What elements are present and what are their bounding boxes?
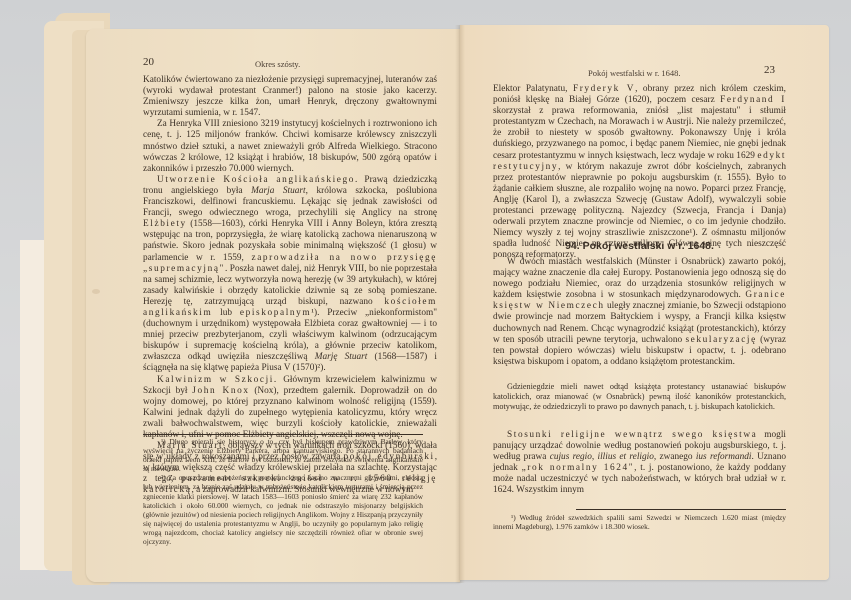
text-run: cujus regio, illius et religio, [550, 452, 657, 462]
book-gutter [455, 25, 465, 583]
paragraph: Elektor Palatynatu, Fryderyk V, obrany p… [493, 84, 786, 262]
section-heading: 94. Pokój westfalski w r. 1648. [493, 240, 786, 252]
right-body-text-top: Elektor Palatynatu, Fryderyk V, obrany p… [493, 84, 786, 262]
paragraph: Utworzenie Kościoła anglikańskiego. Praw… [143, 175, 437, 375]
page-number-left: 20 [143, 56, 154, 68]
text-run: Fryderyk V [573, 84, 635, 94]
footnote-rule [576, 509, 786, 510]
page-number-right: 23 [764, 64, 775, 76]
text-run: episkopalnym [240, 308, 311, 318]
running-head-right: Pokój westfalski w r. 1648. [588, 68, 681, 78]
paragraph: Stosunki religijne wewnątrz swego księst… [493, 430, 786, 497]
paragraph: Katolików ćwiertowano za niezłożenie prz… [143, 75, 437, 119]
running-head-left: Okres szósty. [255, 59, 300, 69]
text-run: Elektor Palatynatu, [493, 84, 573, 94]
footnote: ¹) Według źródeł szwedzkich spalili sami… [493, 513, 786, 531]
right-body-text-section: W dwóch miastach westfalskich (Münster i… [493, 257, 786, 368]
text-run: „rok normalny 1624" [522, 463, 635, 473]
left-footnotes: ¹) Długo spierali się historycy o to, cz… [143, 437, 423, 546]
right-small-paragraph: Gdzieniegdzie mieli nawet odtąd książęta… [493, 382, 786, 412]
text-run: Ferdynand I [720, 95, 786, 105]
text-run: W dwóch miastach westfalskich (Münster i… [493, 257, 786, 300]
footnote: ¹) Długo spierali się historycy o to, cz… [143, 437, 423, 473]
right-body-text-bottom: Stosunki religijne wewnątrz swego księst… [493, 430, 786, 497]
text-run: Stosunki religijne wewnątrz swego księst… [507, 430, 757, 440]
text-run: Marję Stuart [315, 352, 368, 362]
text-run: Kalwinizm w Szkocji. [157, 375, 278, 385]
text-run: Katolików ćwiertowano za niezłożenie prz… [143, 75, 437, 118]
footnote: ²) Za opuszczenie nabożeństwa protestanc… [143, 473, 423, 546]
text-run: Za Henryka VIII zniesiono 3219 instytucy… [143, 119, 437, 173]
stain [92, 289, 100, 294]
text-run: John Knox [192, 386, 249, 396]
text-run: lub [212, 308, 240, 318]
text-run: Marja Stuart [251, 186, 305, 196]
text-run: skorzystał z prawa reformowania, zniósł … [493, 106, 786, 160]
text-run: zwanego [656, 452, 696, 462]
text-run: sekularyzację [685, 335, 756, 345]
paragraph: W dwóch miastach westfalskich (Münster i… [493, 257, 786, 368]
footnote-rule [143, 434, 423, 435]
text-run: ius reformandi [696, 452, 752, 462]
right-footnotes: ¹) Według źródeł szwedzkich spalili sami… [493, 513, 786, 531]
paragraph: Za Henryka VIII zniesiono 3219 instytucy… [143, 119, 437, 174]
small-paragraph-text: Gdzieniegdzie mieli nawet odtąd książęta… [493, 382, 786, 412]
text-run: Utworzenie Kościoła anglikańskiego. [157, 175, 359, 185]
text-run: Elżbiety [143, 219, 187, 229]
paragraph: Kalwinizm w Szkocji. Głównym krzewiciele… [143, 375, 437, 442]
